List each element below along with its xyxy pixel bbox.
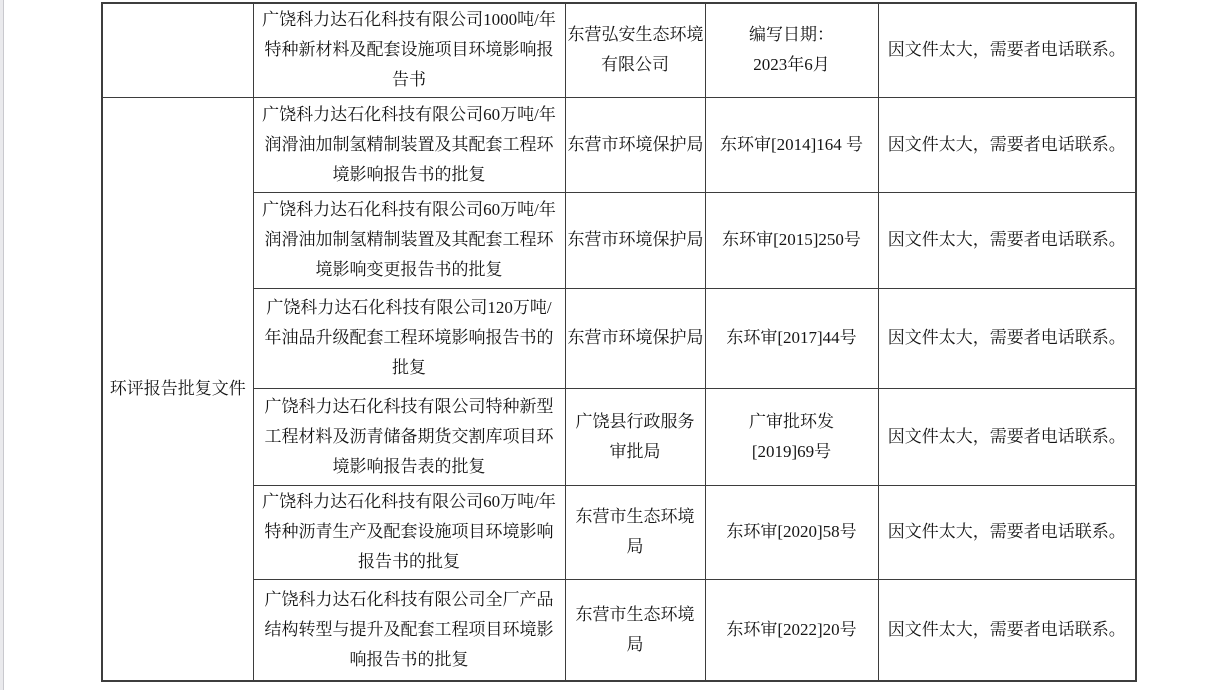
category-cell-empty [102,3,253,97]
number-cell: 广审批环发 [2019]69号 [705,388,878,485]
report-row: 广饶科力达石化科技有限公司120万吨/ 年油品升级配套工程环境影响报告书的 批复… [102,288,1136,388]
reports-table: 广饶科力达石化科技有限公司1000吨/年 特种新材料及配套设施项目环境影响报 告… [101,2,1137,682]
title-cell: 广饶科力达石化科技有限公司特种新型 工程材料及沥青储备期货交割库项目环 境影响报… [253,388,565,485]
number-cell: 东环审[2020]58号 [705,485,878,579]
org-cell: 东营市生态环境 局 [565,579,705,681]
note-cell: 因文件太大，需要者电话联系。 [878,388,1136,485]
report-row: 广饶科力达石化科技有限公司60万吨/年 润滑油加制氢精制装置及其配套工程环 境影… [102,192,1136,288]
report-row: 广饶科力达石化科技有限公司60万吨/年 特种沥青生产及配套设施项目环境影响 报告… [102,485,1136,579]
org-cell: 广饶县行政服务 审批局 [565,388,705,485]
title-cell: 广饶科力达石化科技有限公司60万吨/年 润滑油加制氢精制装置及其配套工程环 境影… [253,97,565,192]
number-cell: 东环审[2022]20号 [705,579,878,681]
title-cell: 广饶科力达石化科技有限公司全厂产品 结构转型与提升及配套工程项目环境影 响报告书… [253,579,565,681]
report-row: 广饶科力达石化科技有限公司特种新型 工程材料及沥青储备期货交割库项目环 境影响报… [102,388,1136,485]
org-cell: 东营市环境保护局 [565,192,705,288]
note-cell: 因文件太大，需要者电话联系。 [878,579,1136,681]
title-cell: 广饶科力达石化科技有限公司60万吨/年 特种沥青生产及配套设施项目环境影响 报告… [253,485,565,579]
org-cell: 东营市环境保护局 [565,288,705,388]
title-cell: 广饶科力达石化科技有限公司60万吨/年 润滑油加制氢精制装置及其配套工程环 境影… [253,192,565,288]
note-cell: 因文件太大，需要者电话联系。 [878,97,1136,192]
title-cell: 广饶科力达石化科技有限公司1000吨/年 特种新材料及配套设施项目环境影响报 告… [253,3,565,97]
number-cell: 编写日期： 2023年6月 [705,3,878,97]
number-cell: 东环审[2015]250号 [705,192,878,288]
report-row: 广饶科力达石化科技有限公司全厂产品 结构转型与提升及配套工程项目环境影 响报告书… [102,579,1136,681]
section-category-cell: 环评报告批复文件 [102,97,253,681]
report-row: 环评报告批复文件 广饶科力达石化科技有限公司60万吨/年 润滑油加制氢精制装置及… [102,97,1136,192]
org-cell: 东营弘安生态环境 有限公司 [565,3,705,97]
note-cell: 因文件太大，需要者电话联系。 [878,485,1136,579]
report-row: 广饶科力达石化科技有限公司1000吨/年 特种新材料及配套设施项目环境影响报 告… [102,3,1136,97]
number-cell: 东环审[2017]44号 [705,288,878,388]
note-cell: 因文件太大，需要者电话联系。 [878,192,1136,288]
org-cell: 东营市生态环境 局 [565,485,705,579]
org-cell: 东营市环境保护局 [565,97,705,192]
note-cell: 因文件太大，需要者电话联系。 [878,288,1136,388]
note-cell: 因文件太大，需要者电话联系。 [878,3,1136,97]
page-left-edge-strip [0,0,4,690]
title-cell: 广饶科力达石化科技有限公司120万吨/ 年油品升级配套工程环境影响报告书的 批复 [253,288,565,388]
number-cell: 东环审[2014]164 号 [705,97,878,192]
